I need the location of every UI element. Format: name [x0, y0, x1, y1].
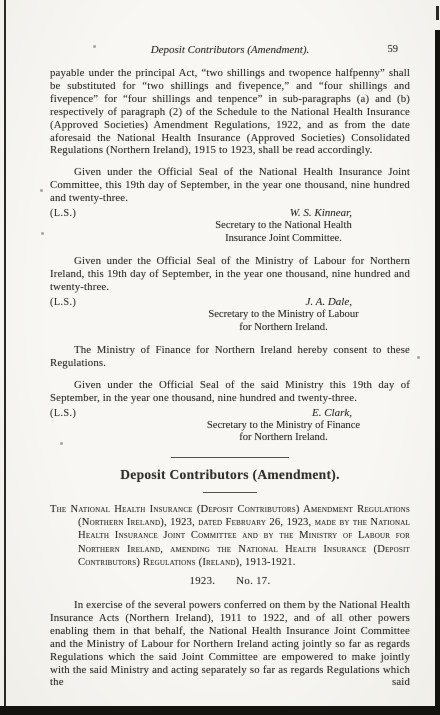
signature-name: W. S. Kinnear, — [290, 207, 352, 219]
signature-title: Secretary to the National Health Insuran… — [171, 220, 396, 245]
scan-right-edge-mark — [436, 6, 439, 20]
heading-underline-rule — [203, 492, 257, 493]
scan-speck — [417, 356, 420, 359]
signature-title-line: Secretary to the National Health — [171, 220, 396, 233]
signature-name: J. A. Dale, — [305, 296, 352, 308]
signature-title: Secretary to the Ministry of Labour for … — [171, 309, 396, 334]
scan-right-edge-bar — [435, 30, 440, 715]
signature-title-line: Insurance Joint Committee. — [171, 233, 396, 246]
signature-name: E. Clark, — [312, 407, 352, 419]
running-head-title: Deposit Contributors (Amendment). — [151, 44, 310, 56]
seal-clause-joint-committee: Given under the Official Seal of the Nat… — [50, 166, 410, 205]
regulation-year: 1923. — [190, 575, 216, 587]
signature-title-line: Secretary to the Ministry of Labour — [171, 309, 396, 322]
regulation-number-line: 1923. No. 17. — [50, 575, 410, 587]
regulation-headnote: The National Health Insurance (Deposit C… — [50, 503, 410, 569]
page-content: Deposit Contributors (Amendment). 59 pay… — [50, 44, 410, 698]
opening-paragraph: In exercise of the several powers confer… — [50, 599, 410, 689]
seal-clause-ministry-finance: Given under the Official Seal of the sai… — [50, 379, 410, 405]
signature-title-line: for Northern Ireland. — [171, 432, 396, 445]
seal-abbreviation: (L.S.) — [50, 297, 76, 308]
section-divider-rule — [171, 457, 289, 458]
signature-title-line: for Northern Ireland. — [171, 322, 396, 335]
seal-abbreviation: (L.S.) — [50, 208, 76, 219]
scanned-document-page: Deposit Contributors (Amendment). 59 pay… — [0, 0, 440, 715]
running-head: Deposit Contributors (Amendment). 59 — [50, 44, 410, 56]
page-number: 59 — [388, 44, 399, 55]
section-heading: Deposit Contributors (Amendment). — [50, 467, 410, 483]
scan-bottom-edge-bar — [0, 706, 440, 715]
scan-speck — [41, 232, 44, 235]
regulation-number: No. 17. — [236, 575, 270, 587]
signature-row: (L.S.) E. Clark, — [50, 407, 410, 419]
signature-row: (L.S.) J. A. Dale, — [50, 296, 410, 308]
signature-title-line: Secretary to the Ministry of Finance — [171, 420, 396, 433]
seal-clause-ministry-labour: Given under the Official Seal of the Min… — [50, 255, 410, 294]
scan-left-edge-line — [4, 0, 6, 715]
scan-speck — [40, 189, 43, 192]
consent-paragraph: The Ministry of Finance for Northern Ire… — [50, 344, 410, 370]
signature-title: Secretary to the Ministry of Finance for… — [171, 420, 396, 445]
seal-abbreviation: (L.S.) — [50, 408, 76, 419]
continuation-paragraph: payable under the principal Act, “two sh… — [50, 67, 410, 157]
signature-row: (L.S.) W. S. Kinnear, — [50, 207, 410, 219]
